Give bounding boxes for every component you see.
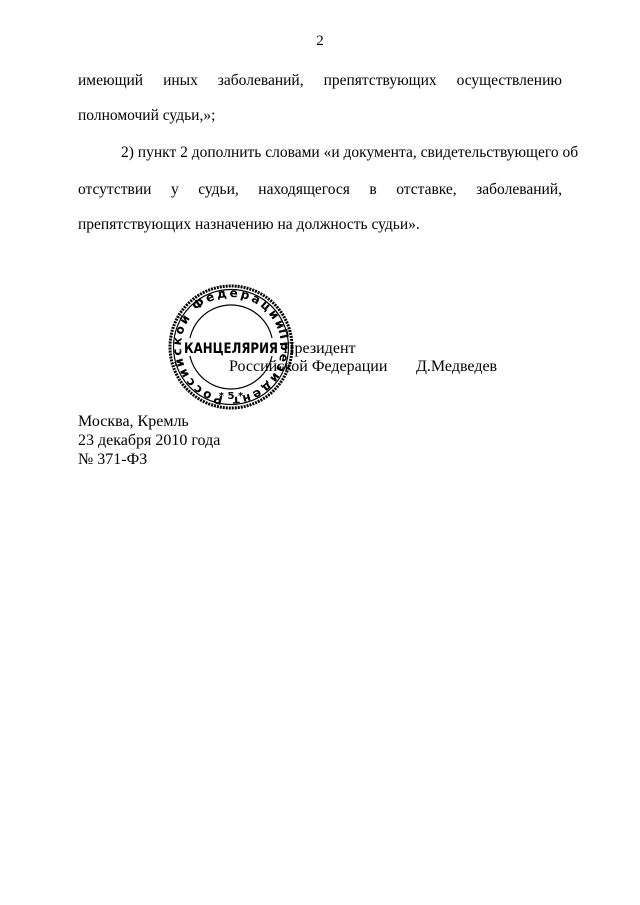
word: отставке, <box>396 181 456 199</box>
body-line-5: препятствующих назначению на должность с… <box>78 216 562 234</box>
official-stamp-icon: Президент Российской Федерации КАНЦЕЛЯРИ… <box>168 284 294 410</box>
signing-date: 23 декабря 2010 года <box>78 431 220 450</box>
word: препятствующих <box>324 72 437 90</box>
body-line-2: полномочий судьи,»; <box>78 107 562 125</box>
signing-place: Москва, Кремль <box>78 412 220 431</box>
word: в <box>369 181 376 199</box>
word: иных <box>163 72 198 90</box>
stamp-bottom-text: * 5 * <box>219 391 244 402</box>
stamp-center-text: КАНЦЕЛЯРИЯ <box>184 341 278 357</box>
word: заболеваний, <box>218 72 304 90</box>
word: судьи, <box>198 181 239 199</box>
signature-name: Д.Медведев <box>416 358 497 376</box>
body-line-3: 2) пункт 2 дополнить словами «и документ… <box>121 144 562 162</box>
law-number: № 371-ФЗ <box>78 450 220 469</box>
body-line-1: имеющий иных заболеваний, препятствующих… <box>78 72 562 90</box>
word: отсутствии <box>78 181 151 199</box>
word: находящегося <box>258 181 350 199</box>
word: имеющий <box>78 72 143 90</box>
word: у <box>171 181 179 199</box>
page-number: 2 <box>0 33 640 50</box>
word: осуществлению <box>457 72 562 90</box>
body-line-4: отсутствии у судьи, находящегося в отста… <box>78 181 562 199</box>
word: заболеваний, <box>476 181 562 199</box>
signing-info: Москва, Кремль 23 декабря 2010 года № 37… <box>78 412 220 469</box>
